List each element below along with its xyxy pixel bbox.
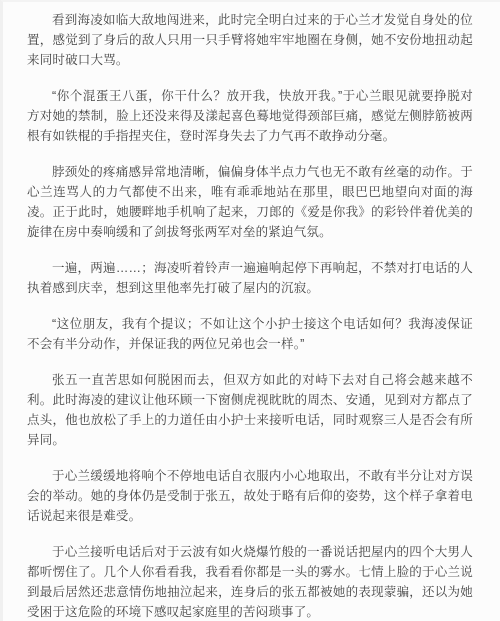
paragraph-3: 脖颈处的疼痛感异常地清晰，偏偏身体半点力气也无不敢有丝毫的动作。于心兰连骂人的力…: [27, 162, 473, 242]
paragraph-1: 看到海凌如临大敌地闯进来，此时完全明白过来的于心兰才发觉自身处的位置，感觉到了身…: [27, 10, 473, 70]
novel-text-page: 看到海凌如临大敌地闯进来，此时完全明白过来的于心兰才发觉自身处的位置，感觉到了身…: [0, 0, 500, 621]
paragraph-8: 于心兰接听电话后对于云波有如火烧爆竹般的一番说话把屋内的四个大男人都听愣住了。几…: [27, 542, 473, 621]
paragraph-4: 一遍，两遍……；海凌听着铃声一遍遍响起停下再响起，不禁对打电话的人执着感到庆幸，…: [27, 258, 473, 298]
paragraph-7: 于心兰缓缓地将响个不停地电话自衣服内小心地取出，不敢有半分让对方误会的举动。她的…: [27, 466, 473, 526]
paragraph-5: “这位朋友，我有个提议；不如让这个小护士接这个电话如何？我海凌保证不会有半分动作…: [27, 314, 473, 354]
paragraph-6: 张五一直苦思如何脱困而去，但双方如此的对峙下去对自己将会越来越不利。此时海凌的建…: [27, 370, 473, 450]
paragraph-2: “你个混蛋王八蛋，你干什么？放开我，快放开我。”于心兰眼见就要挣脱对方对她的禁制…: [27, 86, 473, 146]
